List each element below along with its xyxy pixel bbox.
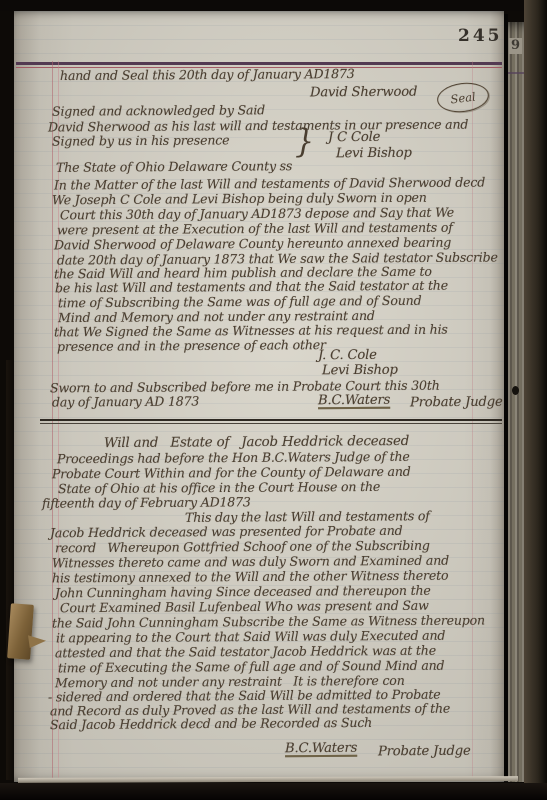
record-book-photo: 245 Seal } hand and Seal this 20th day o…	[0, 0, 547, 800]
witness-brace: }	[295, 122, 314, 161]
ink-blot	[512, 386, 519, 395]
binding-tape-stub	[7, 603, 34, 659]
entry-divider-line	[40, 419, 502, 421]
page-number: 245	[458, 26, 503, 46]
photo-top-edge	[0, 0, 547, 11]
stacked-page-edges	[508, 22, 524, 782]
record-book-page: 245	[14, 11, 504, 782]
entry-divider-line-thin	[40, 423, 502, 424]
adjacent-page-rule-fragment	[508, 72, 524, 74]
top-rule-red	[16, 67, 502, 68]
book-cover-edge	[524, 0, 547, 800]
photo-bottom-edge	[0, 783, 547, 800]
top-rule-purple	[16, 62, 502, 65]
binding-gutter-crease	[6, 360, 14, 780]
adjacent-page-number-fragment: 9	[509, 38, 522, 54]
